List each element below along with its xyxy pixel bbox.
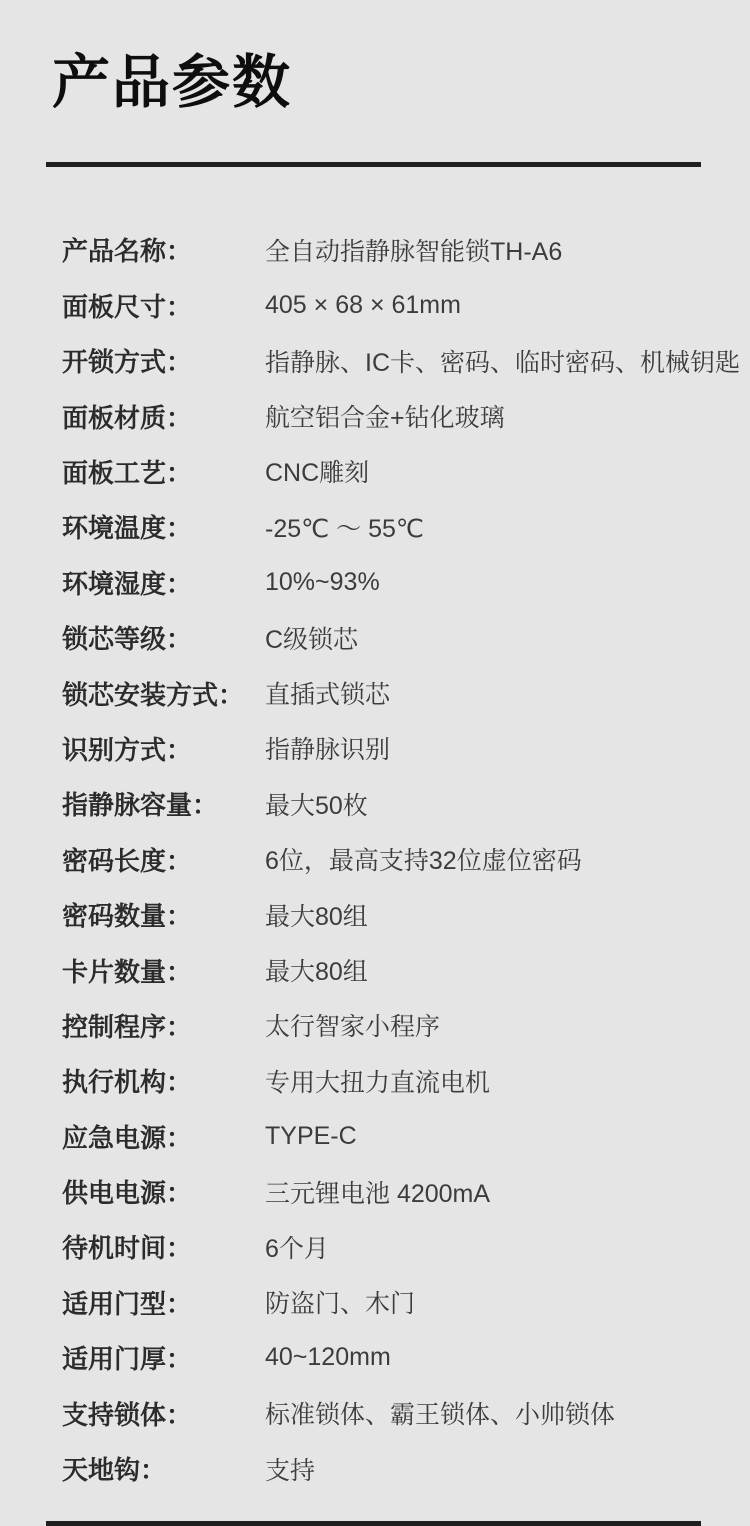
spec-row: 密码长度： 6位，最高支持32位虚位密码 [0, 832, 750, 887]
spec-value: 标准锁体、霸王锁体、小帅锁体 [265, 1395, 615, 1431]
spec-label: 适用门厚： [62, 1339, 265, 1376]
spec-row: 环境湿度： 10%~93% [0, 555, 750, 610]
spec-value: 6位，最高支持32位虚位密码 [265, 841, 582, 877]
spec-row: 支持锁体： 标准锁体、霸王锁体、小帅锁体 [0, 1385, 750, 1440]
spec-label: 面板工艺： [62, 453, 265, 490]
spec-value: C级锁芯 [265, 620, 358, 656]
spec-value: 指静脉识别 [265, 730, 390, 766]
spec-row: 锁芯等级： C级锁芯 [0, 610, 750, 665]
title-underline [46, 162, 701, 167]
spec-label: 支持锁体： [62, 1395, 265, 1432]
spec-value: 最大80组 [265, 897, 368, 933]
spec-label: 面板材质： [62, 398, 265, 435]
spec-row: 面板工艺： CNC雕刻 [0, 444, 750, 499]
spec-row: 指静脉容量： 最大50枚 [0, 776, 750, 831]
spec-row: 天地钩： 支持 [0, 1441, 750, 1496]
spec-value: 405 × 68 × 61mm [265, 291, 461, 320]
spec-label: 应急电源： [62, 1118, 265, 1155]
spec-value: 防盗门、木门 [265, 1284, 415, 1320]
spec-value: CNC雕刻 [265, 453, 369, 489]
spec-label: 锁芯等级： [62, 619, 265, 656]
spec-value: TYPE-C [265, 1122, 357, 1151]
spec-value: 10%~93% [265, 568, 380, 597]
spec-label: 指静脉容量： [62, 785, 265, 822]
spec-row: 卡片数量： 最大80组 [0, 942, 750, 997]
spec-value: 最大50枚 [265, 786, 368, 822]
spec-label: 锁芯安装方式： [62, 675, 265, 712]
spec-value: 航空铝合金+钻化玻璃 [265, 398, 505, 434]
spec-label: 环境温度： [62, 508, 265, 545]
spec-row: 控制程序： 太行智家小程序 [0, 998, 750, 1053]
spec-label: 面板尺寸： [62, 287, 265, 324]
spec-value: 全自动指静脉智能锁TH-A6 [265, 232, 562, 268]
bottom-section-divider [46, 1521, 701, 1526]
spec-label: 密码长度： [62, 841, 265, 878]
spec-label: 密码数量： [62, 896, 265, 933]
spec-row: 锁芯安装方式： 直插式锁芯 [0, 665, 750, 720]
spec-row: 面板尺寸： 405 × 68 × 61mm [0, 278, 750, 333]
spec-label: 产品名称： [62, 231, 265, 268]
spec-row: 执行机构： 专用大扭力直流电机 [0, 1053, 750, 1108]
spec-value: 直插式锁芯 [265, 675, 390, 711]
spec-value: 指静脉、IC卡、密码、临时密码、机械钥匙 [265, 343, 740, 379]
spec-value: 三元锂电池 4200mA [265, 1174, 490, 1210]
spec-row: 开锁方式： 指静脉、IC卡、密码、临时密码、机械钥匙 [0, 333, 750, 388]
spec-label: 天地钩： [62, 1450, 265, 1487]
spec-row: 密码数量： 最大80组 [0, 887, 750, 942]
spec-value: 最大80组 [265, 952, 368, 988]
spec-value: 支持 [265, 1451, 315, 1487]
spec-label: 环境湿度： [62, 564, 265, 601]
spec-value: 太行智家小程序 [265, 1007, 440, 1043]
spec-label: 开锁方式： [62, 342, 265, 379]
spec-label: 供电电源： [62, 1173, 265, 1210]
spec-value: 专用大扭力直流电机 [265, 1063, 490, 1099]
spec-row: 产品名称： 全自动指静脉智能锁TH-A6 [0, 222, 750, 277]
spec-row: 应急电源： TYPE-C [0, 1108, 750, 1163]
spec-row: 环境温度： -25℃ ～ 55℃ [0, 499, 750, 554]
spec-row: 面板材质： 航空铝合金+钻化玻璃 [0, 388, 750, 443]
spec-row: 识别方式： 指静脉识别 [0, 721, 750, 776]
page-title: 产品参数 [0, 0, 750, 120]
spec-row: 适用门厚： 40~120mm [0, 1330, 750, 1385]
spec-list: 产品名称： 全自动指静脉智能锁TH-A6 面板尺寸： 405 × 68 × 61… [0, 222, 750, 1496]
spec-value: -25℃ ～ 55℃ [265, 509, 424, 545]
spec-label: 待机时间： [62, 1228, 265, 1265]
spec-label: 执行机构： [62, 1062, 265, 1099]
product-parameters-page: 产品参数 产品名称： 全自动指静脉智能锁TH-A6 面板尺寸： 405 × 68… [0, 0, 750, 1526]
spec-row: 供电电源： 三元锂电池 4200mA [0, 1164, 750, 1219]
spec-row: 适用门型： 防盗门、木门 [0, 1275, 750, 1330]
spec-label: 卡片数量： [62, 952, 265, 989]
spec-value: 40~120mm [265, 1343, 391, 1372]
spec-row: 待机时间： 6个月 [0, 1219, 750, 1274]
spec-label: 适用门型： [62, 1284, 265, 1321]
spec-label: 控制程序： [62, 1007, 265, 1044]
spec-label: 识别方式： [62, 730, 265, 767]
spec-value: 6个月 [265, 1229, 329, 1265]
